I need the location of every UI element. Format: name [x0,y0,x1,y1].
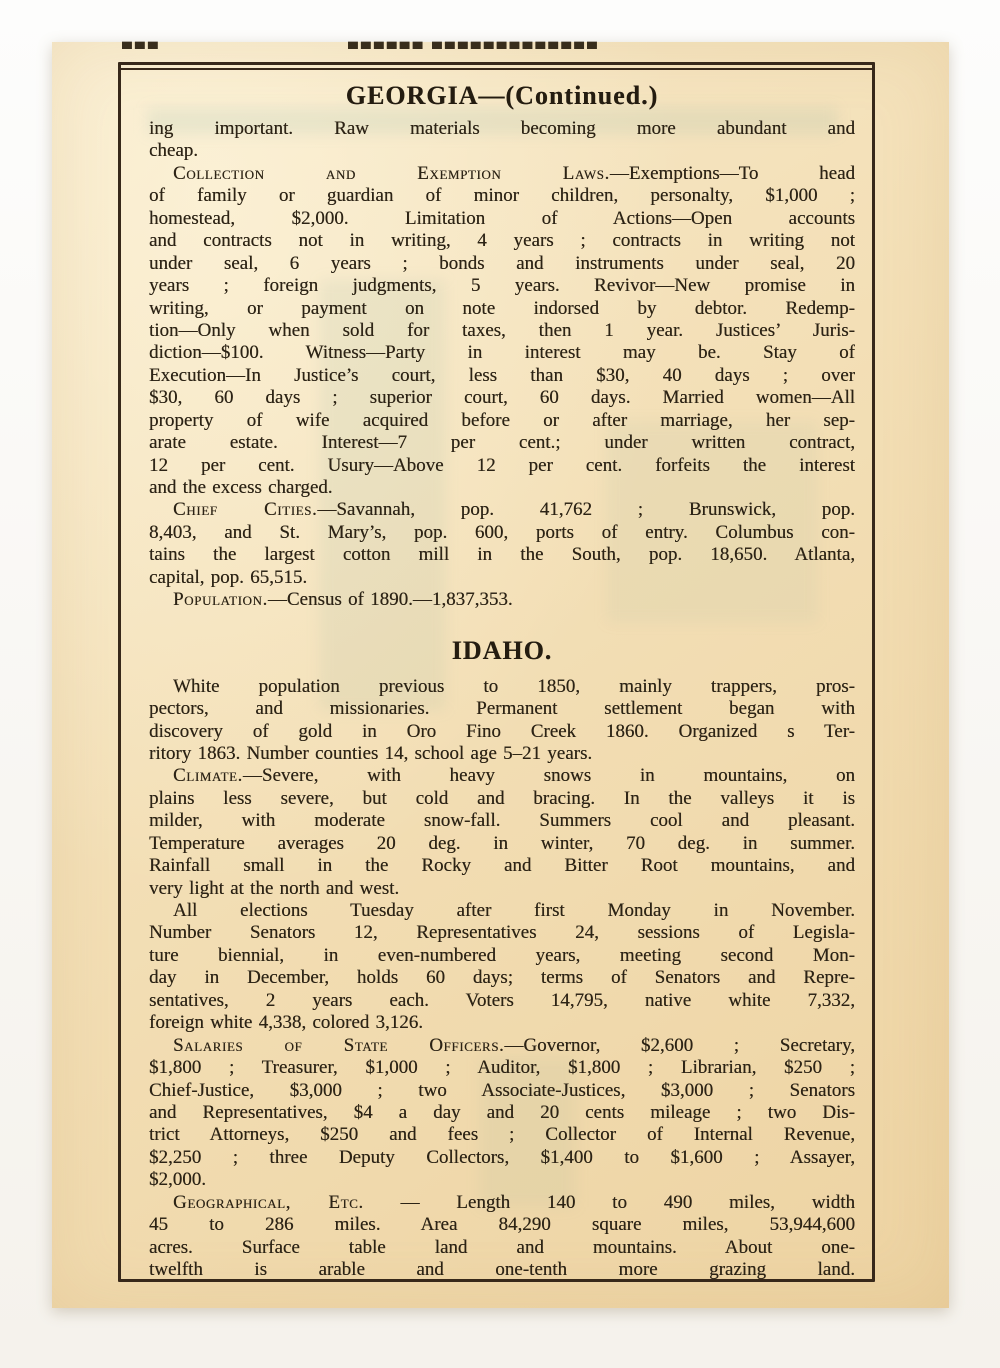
text-line: Climate.—Severe, with heavy snows in mou… [149,765,855,787]
small-caps-lead: Salaries of State Officers. [173,1035,504,1056]
text-line: ture biennial, in even-numbered years, m… [149,945,855,967]
scan-background: ▄▄▄ ▄▄▄▄▄▄ ▄▄▄▄▄▄▄▄▄▄▄▄▄ GEORGIA—(Contin… [0,0,1000,1368]
section-title-idaho: IDAHO. [149,637,855,665]
text-line: foreign white 4,338, colored 3,126. [149,1012,855,1034]
text-line: Collection and Exemption Laws.—Exemption… [149,163,855,185]
paragraph: Climate.—Severe, with heavy snows in mou… [149,765,855,900]
text-line: twelfth is arable and one-tenth more gra… [149,1259,855,1281]
small-caps-lead: Collection and Exemption Laws. [173,163,610,184]
text-line: under seal, 6 years ; bonds and instrume… [149,253,855,275]
section-title-georgia: GEORGIA—(Continued.) [149,82,855,110]
text-line: Rainfall small in the Rocky and Bitter R… [149,855,855,877]
paragraph: Salaries of State Officers.—Governor, $2… [149,1035,855,1192]
small-caps-lead: Geographical, Etc. [173,1192,364,1213]
text-line: milder, with moderate snow-fall. Summers… [149,810,855,832]
text-line: ing important. Raw materials becoming mo… [149,118,855,140]
paragraph: Chief Cities.—Savannah, pop. 41,762 ; Br… [149,499,855,589]
text-line: Population.—Census of 1890.—1,837,353. [149,589,855,611]
text-line: 8,403, and St. Mary’s, pop. 600, ports o… [149,522,855,544]
text-line: ritory 1863. Number counties 14, school … [149,743,855,765]
text-line: $2,250 ; three Deputy Collectors, $1,400… [149,1147,855,1169]
text-line: and Representatives, $4 a day and 20 cen… [149,1102,855,1124]
paragraph: White population previous to 1850, mainl… [149,676,855,766]
paragraph: Population.—Census of 1890.—1,837,353. [149,589,855,611]
text-line: day in December, holds 60 days; terms of… [149,967,855,989]
text-line: All elections Tuesday after first Monday… [149,900,855,922]
text-line: pectors, and missionaries. Permanent set… [149,698,855,720]
text-line: Temperature averages 20 deg. in winter, … [149,833,855,855]
text-line: Execution—In Justice’s court, less than … [149,365,855,387]
text-line: $2,000. [149,1169,855,1191]
text-line: discovery of gold in Oro Fino Creek 1860… [149,721,855,743]
text-line: acres. Surface table land and mountains.… [149,1237,855,1259]
text-line: Number Senators 12, Representatives 24, … [149,922,855,944]
page-content: GEORGIA—(Continued.)ing important. Raw m… [121,65,872,1279]
text-line: Salaries of State Officers.—Governor, $2… [149,1035,855,1057]
small-caps-lead: Population. [173,589,268,610]
clipped-running-head-fragment: ▄▄▄▄▄▄ ▄▄▄▄▄▄▄▄▄▄▄▄▄ [348,40,600,49]
text-line: of family or guardian of minor children,… [149,185,855,207]
text-line: property of wife acquired before or afte… [149,410,855,432]
paragraph: Collection and Exemption Laws.—Exemption… [149,163,855,500]
text-line: capital, pop. 65,515. [149,567,855,589]
text-line: years ; foreign judgments, 5 years. Revi… [149,275,855,297]
text-line: tion—Only when sold for taxes, then 1 ye… [149,320,855,342]
paragraph: ing important. Raw materials becoming mo… [149,118,855,163]
text-line: and the excess charged. [149,477,855,499]
text-line: cheap. [149,140,855,162]
page-border-frame: GEORGIA—(Continued.)ing important. Raw m… [118,62,875,1282]
text-line: White population previous to 1850, mainl… [149,676,855,698]
text-line: writing, or payment on note indorsed by … [149,298,855,320]
newsprint-page: ▄▄▄ ▄▄▄▄▄▄ ▄▄▄▄▄▄▄▄▄▄▄▄▄ GEORGIA—(Contin… [52,42,949,1308]
paragraph: Geographical, Etc. — Length 140 to 490 m… [149,1192,855,1282]
text-line: Chief-Justice, $3,000 ; two Associate-Ju… [149,1080,855,1102]
text-line: 45 to 286 miles. Area 84,290 square mile… [149,1214,855,1236]
text-line: plains less severe, but cold and bracing… [149,788,855,810]
text-line: very light at the north and west. [149,878,855,900]
small-caps-lead: Climate. [173,765,243,786]
text-line: $1,800 ; Treasurer, $1,000 ; Auditor, $1… [149,1057,855,1079]
text-line: homestead, $2,000. Limitation of Actions… [149,208,855,230]
text-line: $30, 60 days ; superior court, 60 days. … [149,387,855,409]
text-line: sentatives, 2 years each. Voters 14,795,… [149,990,855,1012]
text-line: tains the largest cotton mill in the Sou… [149,544,855,566]
text-line: 12 per cent. Usury—Above 12 per cent. fo… [149,455,855,477]
small-caps-lead: Chief Cities. [173,499,317,520]
text-line: Chief Cities.—Savannah, pop. 41,762 ; Br… [149,499,855,521]
text-line: arate estate. Interest—7 per cent.; unde… [149,432,855,454]
clipped-page-number-fragment: ▄▄▄ [122,40,161,49]
text-line: and contracts not in writing, 4 years ; … [149,230,855,252]
text-line: Geographical, Etc. — Length 140 to 490 m… [149,1192,855,1214]
paragraph: All elections Tuesday after first Monday… [149,900,855,1035]
text-line: diction—$100. Witness—Party in interest … [149,342,855,364]
text-line: trict Attorneys, $250 and fees ; Collect… [149,1124,855,1146]
